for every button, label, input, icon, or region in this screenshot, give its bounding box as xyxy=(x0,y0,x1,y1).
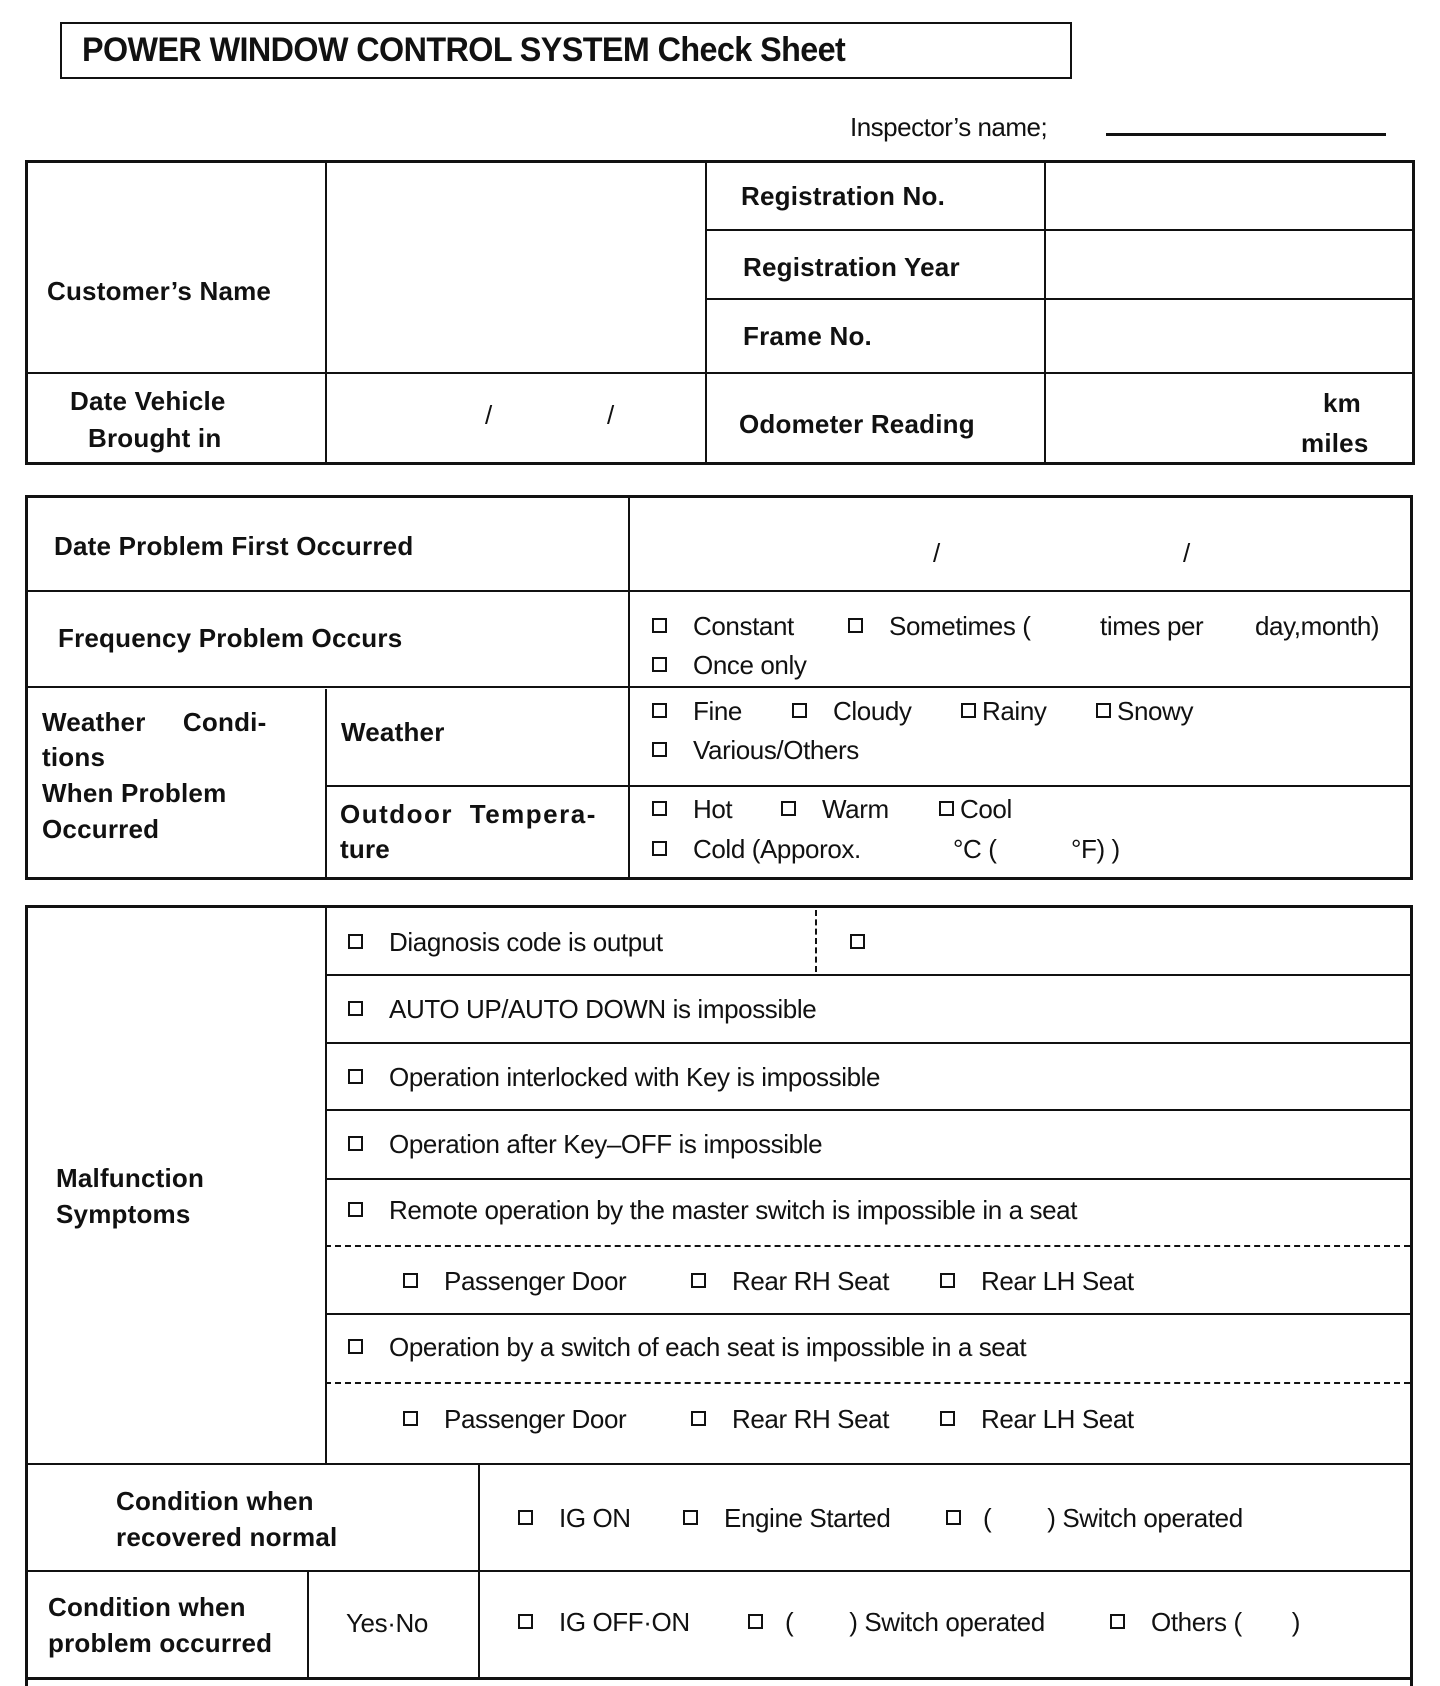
checkbox[interactable] xyxy=(652,801,667,816)
temperature-hot-option[interactable]: Hot xyxy=(652,792,732,826)
symptom-each-seat-switch[interactable]: Operation by a switch of each seat is im… xyxy=(348,1330,1026,1364)
remote-passenger-door[interactable]: Passenger Door xyxy=(403,1264,626,1298)
temperature-cool-option[interactable]: Cool xyxy=(939,792,1012,826)
odometer-label: Odometer Reading xyxy=(739,406,975,442)
date-separator: / xyxy=(485,398,492,432)
checkbox[interactable] xyxy=(348,1136,363,1151)
checkbox[interactable] xyxy=(652,618,667,633)
recovered-label-1: Condition when xyxy=(116,1483,314,1519)
page-title: POWER WINDOW CONTROL SYSTEM Check Sheet xyxy=(82,31,845,70)
registration-no-label: Registration No. xyxy=(741,178,945,214)
weather-rainy-option[interactable]: Rainy xyxy=(961,694,1046,728)
weather-conditions-label-3: When Problem xyxy=(42,775,226,811)
customer-name-field[interactable] xyxy=(327,163,704,371)
cold-celsius: °C ( xyxy=(953,832,996,866)
each-seat-rear-lh-seat[interactable]: Rear LH Seat xyxy=(940,1402,1134,1436)
date-separator: / xyxy=(607,398,614,432)
checkbox[interactable] xyxy=(781,801,796,816)
occurred-label-1: Condition when xyxy=(48,1589,246,1625)
checkbox[interactable] xyxy=(652,841,667,856)
frame-no-field[interactable] xyxy=(1046,300,1412,371)
date-first-occurred-field[interactable]: / / xyxy=(630,498,1410,589)
checkbox[interactable] xyxy=(1096,703,1111,718)
checkbox[interactable] xyxy=(940,1273,955,1288)
weather-fine-option[interactable]: Fine xyxy=(652,694,742,728)
checkbox[interactable] xyxy=(403,1411,418,1426)
occurred-ig-off-on[interactable]: IG OFF·ON xyxy=(518,1605,690,1639)
checkbox[interactable] xyxy=(518,1510,533,1525)
odometer-unit-km: km xyxy=(1323,385,1361,421)
each-seat-passenger-door[interactable]: Passenger Door xyxy=(403,1402,626,1436)
recovered-switch-operated[interactable]: () Switch operated xyxy=(946,1501,1243,1535)
registration-year-label: Registration Year xyxy=(743,249,960,285)
weather-conditions-label-1: Weather Condi- xyxy=(42,704,266,740)
recovered-engine-started[interactable]: Engine Started xyxy=(683,1501,890,1535)
recovered-ig-on[interactable]: IG ON xyxy=(518,1501,631,1535)
weather-various-option[interactable]: Various/Others xyxy=(652,733,859,767)
date-separator: / xyxy=(1183,536,1190,570)
symptom-diagnosis-code-detail[interactable] xyxy=(850,925,865,959)
date-brought-label-2: Brought in xyxy=(88,420,221,456)
weather-snowy-option[interactable]: Snowy xyxy=(1096,694,1193,728)
registration-no-field[interactable] xyxy=(1046,163,1412,228)
checkbox[interactable] xyxy=(348,1001,363,1016)
date-separator: / xyxy=(933,536,940,570)
remote-rear-lh-seat[interactable]: Rear LH Seat xyxy=(940,1264,1134,1298)
vehicle-info-table: Customer’s Name Date Vehicle Brought in … xyxy=(25,160,1415,465)
customer-name-label: Customer’s Name xyxy=(47,273,271,309)
occurred-switch-operated[interactable]: () Switch operated xyxy=(748,1605,1045,1639)
checkbox[interactable] xyxy=(683,1510,698,1525)
checkbox[interactable] xyxy=(348,1069,363,1084)
recovered-label-2: recovered normal xyxy=(116,1519,337,1555)
registration-year-field[interactable] xyxy=(1046,231,1412,297)
checkbox[interactable] xyxy=(848,618,863,633)
checkbox[interactable] xyxy=(652,742,667,757)
checkbox[interactable] xyxy=(348,1202,363,1217)
checkbox[interactable] xyxy=(961,703,976,718)
odometer-unit-miles: miles xyxy=(1301,425,1369,461)
checkbox[interactable] xyxy=(792,703,807,718)
weather-conditions-label-4: Occurred xyxy=(42,811,159,847)
inspector-label: Inspector’s name; xyxy=(850,112,1047,143)
symptom-after-key-off[interactable]: Operation after Key–OFF is impossible xyxy=(348,1127,822,1161)
occurred-yes-no[interactable]: Yes·No xyxy=(346,1606,428,1640)
frame-no-label: Frame No. xyxy=(743,318,872,354)
checkbox[interactable] xyxy=(748,1614,763,1629)
temperature-cold-option[interactable]: Cold (Apporox. xyxy=(652,832,861,866)
checkbox[interactable] xyxy=(518,1614,533,1629)
checkbox[interactable] xyxy=(652,703,667,718)
checkbox[interactable] xyxy=(348,1339,363,1354)
checkbox[interactable] xyxy=(946,1510,961,1525)
inspector-name-field[interactable] xyxy=(1106,133,1386,136)
malfunction-label-1: Malfunction xyxy=(56,1160,204,1196)
temperature-label-2: ture xyxy=(340,831,390,867)
frequency-day-month: day,month) xyxy=(1255,609,1379,643)
weather-label: Weather xyxy=(341,714,445,750)
checkbox[interactable] xyxy=(1110,1614,1125,1629)
temperature-warm-option[interactable]: Warm xyxy=(781,792,889,826)
frequency-constant-option[interactable]: Constant xyxy=(652,609,794,643)
cold-fahrenheit: °F) ) xyxy=(1071,832,1120,866)
symptom-key-interlock[interactable]: Operation interlocked with Key is imposs… xyxy=(348,1060,880,1094)
remote-rear-rh-seat[interactable]: Rear RH Seat xyxy=(691,1264,889,1298)
weather-conditions-label-2: tions xyxy=(42,739,105,775)
checkbox[interactable] xyxy=(652,657,667,672)
date-first-occurred-label: Date Problem First Occurred xyxy=(54,528,413,564)
occurred-label-2: problem occurred xyxy=(48,1625,272,1661)
checkbox[interactable] xyxy=(850,934,865,949)
occurred-others[interactable]: Others () xyxy=(1110,1605,1300,1639)
frequency-sometimes-option[interactable]: Sometimes ( xyxy=(848,609,1031,643)
frequency-times-per: times per xyxy=(1100,609,1203,643)
problem-info-table: Date Problem First Occurred / / Frequenc… xyxy=(25,495,1413,880)
malfunction-frame: Malfunction Symptoms Diagnosis code is o… xyxy=(25,905,1413,1680)
temperature-label-1: Outdoor Tempera- xyxy=(340,796,597,832)
date-brought-field[interactable]: / / xyxy=(327,374,704,462)
weather-cloudy-option[interactable]: Cloudy xyxy=(792,694,912,728)
symptom-diagnosis-code[interactable]: Diagnosis code is output xyxy=(348,925,663,959)
checkbox[interactable] xyxy=(939,801,954,816)
each-seat-rear-rh-seat[interactable]: Rear RH Seat xyxy=(691,1402,889,1436)
frequency-once-option[interactable]: Once only xyxy=(652,648,806,682)
frequency-label: Frequency Problem Occurs xyxy=(58,620,402,656)
checkbox[interactable] xyxy=(940,1411,955,1426)
checkbox[interactable] xyxy=(348,934,363,949)
checkbox[interactable] xyxy=(403,1273,418,1288)
malfunction-label-2: Symptoms xyxy=(56,1196,191,1232)
title-box: POWER WINDOW CONTROL SYSTEM Check Sheet xyxy=(60,22,1072,79)
checkbox[interactable] xyxy=(691,1411,706,1426)
checkbox[interactable] xyxy=(691,1273,706,1288)
symptom-auto-up-down[interactable]: AUTO UP/AUTO DOWN is impossible xyxy=(348,992,816,1026)
date-brought-label-1: Date Vehicle xyxy=(70,383,226,419)
symptom-remote-master-switch[interactable]: Remote operation by the master switch is… xyxy=(348,1193,1077,1227)
